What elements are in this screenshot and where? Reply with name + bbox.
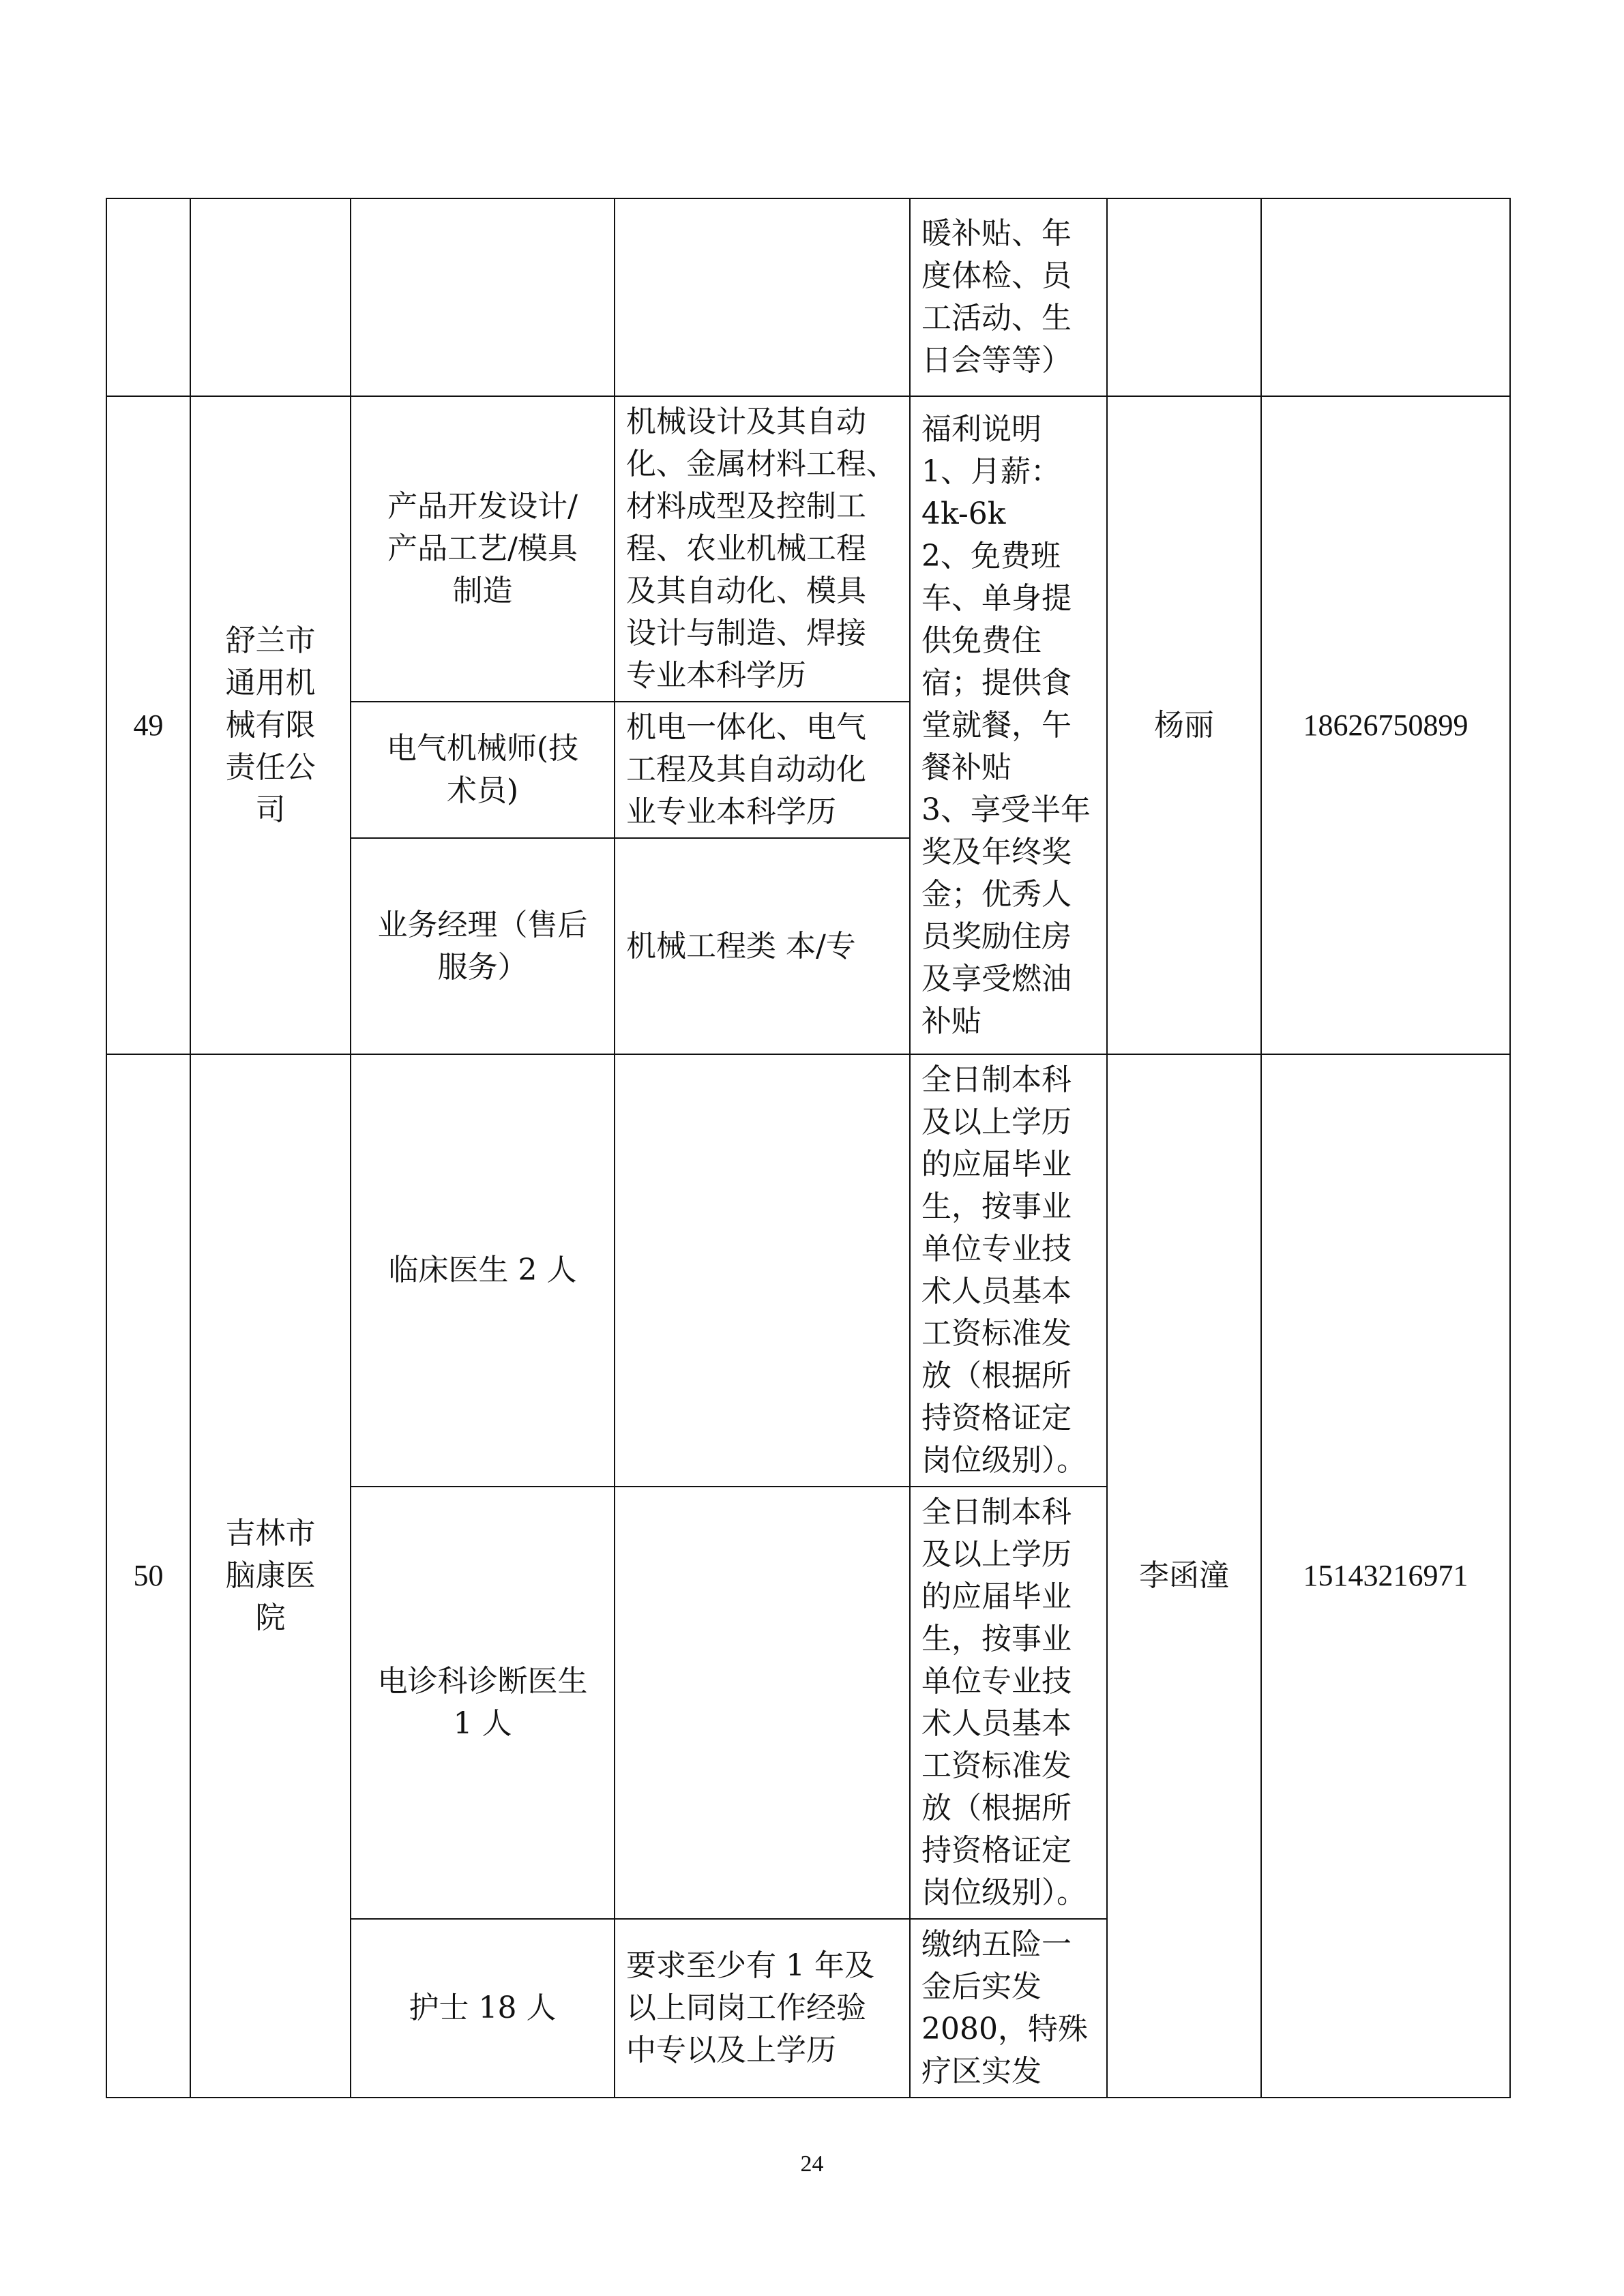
cell-index: [106, 198, 190, 396]
cell-requirement: [615, 198, 910, 396]
cell-position: 电气机械师(技 术员): [351, 702, 615, 838]
cell-position: [351, 198, 615, 396]
cell-requirement: 机电一体化、电气 工程及其自动动化 业专业本科学历: [615, 702, 910, 838]
cell-benefits: 福利说明 1、月薪： 4k-6k 2、免费班 车、单身提 供免费住 宿；提供食 …: [910, 396, 1107, 1054]
cell-position: 护士 18 人: [351, 1919, 615, 2098]
cell-requirement: 机械工程类 本/专: [615, 838, 910, 1054]
cell-benefits: 缴纳五险一 金后实发 2080，特殊 疗区实发: [910, 1919, 1107, 2098]
cell-requirement: [615, 1487, 910, 1919]
cell-position: 电诊科诊断医生 1 人: [351, 1487, 615, 1919]
cell-contact: 杨丽: [1107, 396, 1261, 1054]
table-row: 49 舒兰市 通用机 械有限 责任公 司 产品开发设计/ 产品工艺/模具 制造 …: [106, 396, 1510, 702]
cell-company: 舒兰市 通用机 械有限 责任公 司: [190, 396, 351, 1054]
cell-benefits: 全日制本科 及以上学历 的应届毕业 生，按事业 单位专业技 术人员基本 工资标准…: [910, 1487, 1107, 1919]
cell-position: 临床医生 2 人: [351, 1054, 615, 1487]
table-row: 50 吉林市 脑康医 院 临床医生 2 人 全日制本科 及以上学历 的应届毕业 …: [106, 1054, 1510, 1487]
cell-benefits: 暖补贴、年 度体检、员 工活动、生 日会等等）: [910, 198, 1107, 396]
cell-phone: 18626750899: [1261, 396, 1510, 1054]
cell-phone: 15143216971: [1261, 1054, 1510, 2098]
cell-company: 吉林市 脑康医 院: [190, 1054, 351, 2098]
cell-requirement: 机械设计及其自动 化、金属材料工程、 材料成型及控制工 程、农业机械工程 及其自…: [615, 396, 910, 702]
cell-company: [190, 198, 351, 396]
cell-index: 50: [106, 1054, 190, 2098]
cell-position: 业务经理（售后 服务）: [351, 838, 615, 1054]
cell-requirement: [615, 1054, 910, 1487]
cell-contact: [1107, 198, 1261, 396]
page-number: 24: [0, 2151, 1624, 2177]
cell-index: 49: [106, 396, 190, 1054]
recruitment-table: 暖补贴、年 度体检、员 工活动、生 日会等等） 49 舒兰市 通用机 械有限 责…: [106, 198, 1511, 2098]
cell-position: 产品开发设计/ 产品工艺/模具 制造: [351, 396, 615, 702]
cell-phone: [1261, 198, 1510, 396]
cell-requirement: 要求至少有 1 年及 以上同岗工作经验 中专以及上学历: [615, 1919, 910, 2098]
document-page: 暖补贴、年 度体检、员 工活动、生 日会等等） 49 舒兰市 通用机 械有限 责…: [0, 0, 1624, 2296]
cell-benefits: 全日制本科 及以上学历 的应届毕业 生，按事业 单位专业技 术人员基本 工资标准…: [910, 1054, 1107, 1487]
table-row-continuation: 暖补贴、年 度体检、员 工活动、生 日会等等）: [106, 198, 1510, 396]
cell-contact: 李函潼: [1107, 1054, 1261, 2098]
